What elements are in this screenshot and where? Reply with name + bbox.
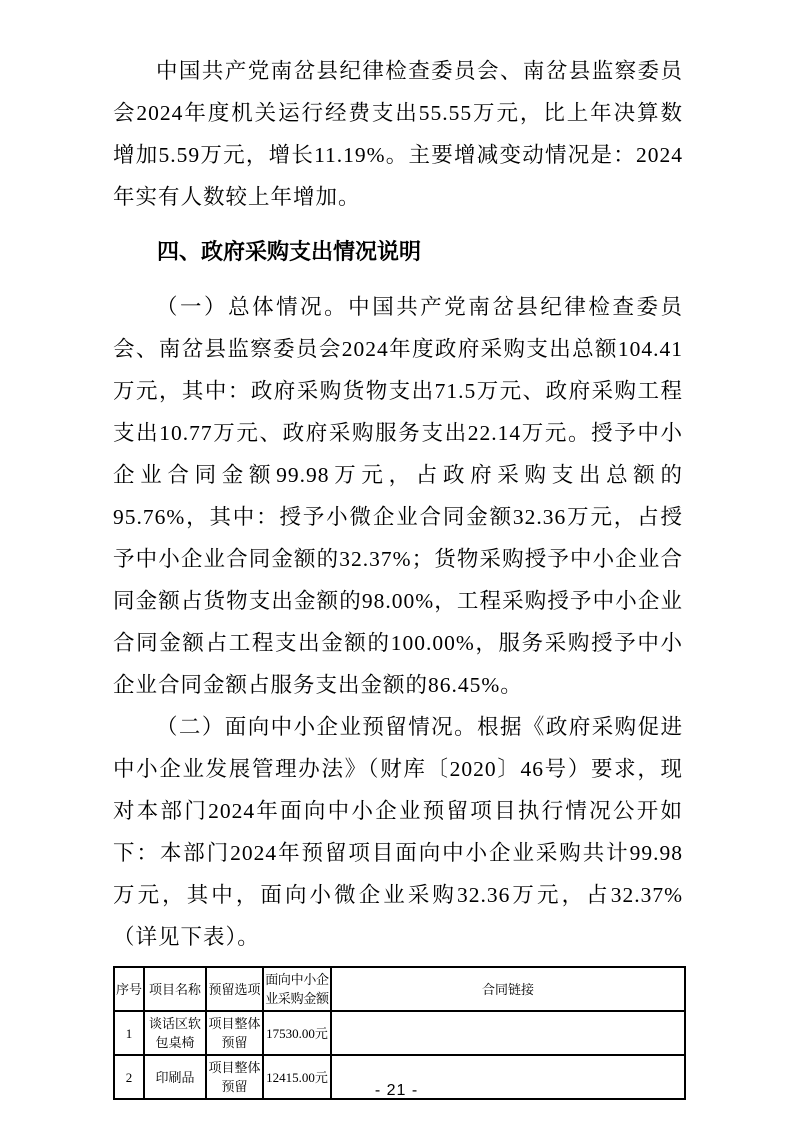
table-header-contract-link: 合同链接: [331, 967, 685, 1011]
table-header-reservation-option: 预留选项: [206, 967, 263, 1011]
paragraph-sme-reservation: （二）面向中小企业预留情况。根据《政府采购促进中小企业发展管理办法》（财库〔20…: [113, 706, 683, 958]
table-header-sme-amount: 面向中小企业采购金额: [263, 967, 331, 1011]
table-cell-project-name: 谈话区软包桌椅: [144, 1011, 206, 1055]
sme-procurement-table: 序号 项目名称 预留选项 面向中小企业采购金额 合同链接 1 谈话区软包桌椅 项…: [113, 966, 686, 1100]
section-heading-procurement: 四、政府采购支出情况说明: [113, 231, 683, 273]
table-header-seq: 序号: [114, 967, 144, 1011]
page-number: - 21 -: [0, 1082, 793, 1100]
document-page: 中国共产党南岔县纪律检查委员会、南岔县监察委员会2024年度机关运行经费支出55…: [0, 0, 793, 1122]
table-cell-contract-link: [331, 1011, 685, 1055]
table-cell-seq: 1: [114, 1011, 144, 1055]
table-cell-sme-amount: 17530.00元: [263, 1011, 331, 1055]
paragraph-overall-procurement: （一）总体情况。中国共产党南岔县纪律检查委员会、南岔县监察委员会2024年度政府…: [113, 286, 683, 706]
table-header-project-name: 项目名称: [144, 967, 206, 1011]
table-cell-reservation-option: 项目整体预留: [206, 1011, 263, 1055]
table-header-row: 序号 项目名称 预留选项 面向中小企业采购金额 合同链接: [114, 967, 685, 1011]
table-header: 序号 项目名称 预留选项 面向中小企业采购金额 合同链接: [114, 967, 685, 1011]
paragraph-operating-expenses: 中国共产党南岔县纪律检查委员会、南岔县监察委员会2024年度机关运行经费支出55…: [113, 50, 683, 218]
table-row: 1 谈话区软包桌椅 项目整体预留 17530.00元: [114, 1011, 685, 1055]
